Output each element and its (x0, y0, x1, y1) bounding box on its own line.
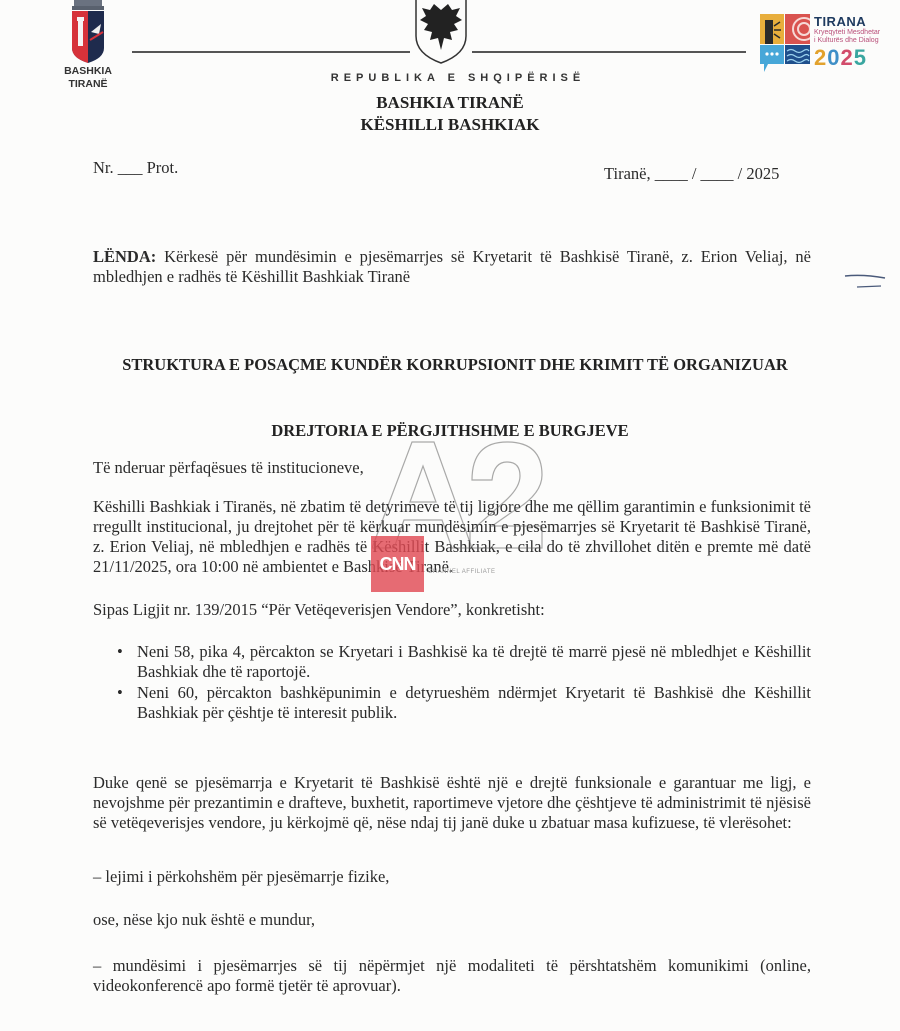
law-reference: Sipas Ligjit nr. 139/2015 “Për Vetëqever… (93, 600, 545, 620)
cnn-watermark-badge: CNN (371, 536, 424, 592)
tirana-2025-logo: TIRANA Kryeqyteti Mesdhetar i Kulturës d… (760, 14, 900, 82)
option-physical-attendance: – lejimi i përkohshëm për pjesëmarrje fi… (93, 867, 389, 887)
tirana-subtitle-2: i Kulturës dhe Dialog (814, 37, 880, 45)
subject-text: Kërkesë për mundësimin e pjesëmarrjes së… (93, 247, 811, 286)
law-articles-list: Neni 58, pika 4, përcakton se Kryetari i… (117, 642, 811, 724)
institution-council: KËSHILLI BASHKIAK (0, 115, 900, 135)
tirana-subtitle-1: Kryeqyteti Mesdhetar (814, 29, 880, 37)
year-digit: 5 (854, 45, 867, 70)
bashkia-tirane-coat-of-arms-icon (68, 0, 108, 64)
document-page: BASHKIA TIRANË REPUBLIKA E SHQIPËRISË BA… (0, 0, 900, 1031)
tirana-brand-text: TIRANA Kryeqyteti Mesdhetar i Kulturës d… (814, 14, 880, 70)
list-item: Neni 60, përcakton bashkëpunimin e detyr… (117, 683, 811, 723)
option-remote-attendance: – mundësimi i pjesëmarrjes së tij nëpërm… (93, 956, 811, 996)
cnn-affiliate-caption: CHANNEL AFFILIATE (428, 569, 496, 575)
protocol-number: Nr. ___ Prot. (93, 158, 178, 178)
tirana-title: TIRANA (814, 14, 880, 29)
albania-double-headed-eagle-icon (408, 0, 474, 64)
year-digit: 0 (827, 45, 840, 70)
institution-name: BASHKIA TIRANË (0, 93, 900, 113)
subject-label: LËNDA: (93, 247, 156, 266)
paragraph-justification: Duke qenë se pjesëmarrja e Kryetarit të … (93, 773, 811, 833)
tirana-capital-culture-logo-icon (760, 14, 810, 78)
header-rule-left (132, 51, 410, 53)
greeting: Të nderuar përfaqësues të institucioneve… (93, 458, 364, 478)
recipient-prisons-directorate: DREJTORIA E PËRGJITHSHME E BURGJEVE (0, 420, 900, 441)
recipient-spak: STRUKTURA E POSAÇME KUNDËR KORRUPSIONIT … (0, 354, 900, 375)
header-rule-right (472, 51, 746, 53)
paragraph-request: Këshilli Bashkiak i Tiranës, në zbatim t… (93, 497, 811, 577)
subject-line: LËNDA: Kërkesë për mundësimin e pjesëmar… (93, 247, 811, 287)
option-connector: ose, nëse kjo nuk është e mundur, (93, 910, 315, 930)
document-date: Tiranë, ____ / ____ / 2025 (604, 164, 779, 184)
year-digit: 2 (814, 45, 827, 70)
list-item: Neni 58, pika 4, përcakton se Kryetari i… (117, 642, 811, 682)
tirana-year: 2025 (814, 46, 880, 70)
year-digit: 2 (841, 45, 854, 70)
pen-mark-icon (843, 272, 887, 292)
